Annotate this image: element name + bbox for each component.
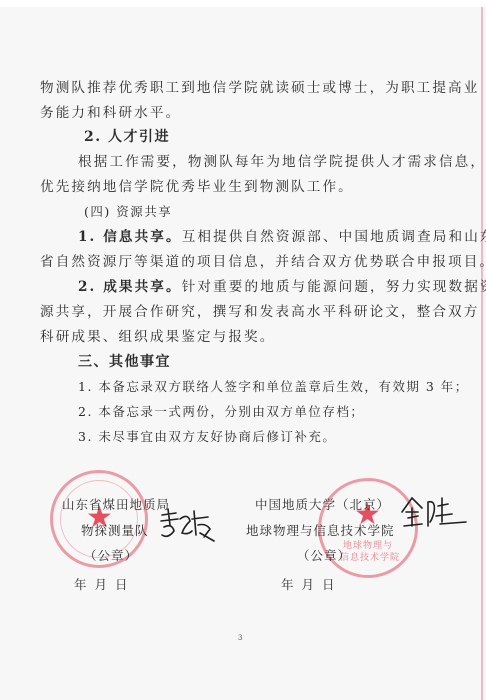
section-heading-other: 三、其他事宜 <box>78 353 171 371</box>
right-org-name-line1: 中国地质大学（北京） <box>255 495 390 513</box>
info-sharing-text: 互相提供自然资源部、中国地质调查局和山东 <box>182 229 486 245</box>
left-handwritten-signature <box>158 505 218 549</box>
page-number: 3 <box>238 634 242 642</box>
paragraph-line: 务能力和科研水平。 <box>40 104 181 122</box>
left-org-name-line1: 山东省煤田地质局 <box>62 495 170 513</box>
info-sharing-label: 1. 信息共享。 <box>78 229 182 245</box>
left-seal-label: （公章） <box>84 546 138 564</box>
info-sharing-line: 1. 信息共享。互相提供自然资源部、中国地质调查局和山东 <box>78 228 486 246</box>
paragraph-line: 物测队推荐优秀职工到地信学院就读硕士或博士，为职工提高业 <box>40 79 479 97</box>
other-item: 3. 未尽事宜由双方友好协商后修订补充。 <box>78 428 336 446</box>
other-item: 1. 本备忘录双方联络人签字和单位盖章后生效，有效期 3 年； <box>78 378 469 396</box>
result-sharing-text: 针对重要的地质与能源问题，努力实现数据资 <box>182 279 486 295</box>
result-sharing-label: 2. 成果共享。 <box>78 279 182 295</box>
seal-edge-bleed <box>481 7 483 700</box>
paragraph-line: 省自然资源厅等渠道的项目信息，并结合双方优势联合申报项目。 <box>40 253 486 271</box>
paragraph-line: 科研成果、组织成果鉴定与报奖。 <box>40 328 275 346</box>
result-sharing-line: 2. 成果共享。针对重要的地质与能源问题，努力实现数据资 <box>78 278 486 296</box>
paragraph-line: 优先接纳地信学院优秀毕业生到物测队工作。 <box>40 178 354 196</box>
section-heading-talent: 2. 人才引进 <box>84 128 170 146</box>
other-item: 2. 本备忘录一式两份，分别由双方单位存档； <box>78 403 364 421</box>
paragraph-line: 源共享，开展合作研究，撰写和发表高水平科研论文，整合双方 <box>40 303 479 321</box>
right-seal-label: （公章） <box>297 546 351 564</box>
left-date: 年 月 日 <box>74 575 129 593</box>
right-handwritten-signature <box>400 492 470 536</box>
paragraph-line: 根据工作需要，物测队每年为地信学院提供人才需求信息， <box>78 153 486 171</box>
section-heading-resources: (四) 资源共享 <box>84 203 172 221</box>
right-org-name-line2: 地球物理与信息技术学院 <box>246 521 395 539</box>
left-org-name-line2: 物探测量队 <box>81 521 149 539</box>
right-date: 年 月 日 <box>281 575 336 593</box>
